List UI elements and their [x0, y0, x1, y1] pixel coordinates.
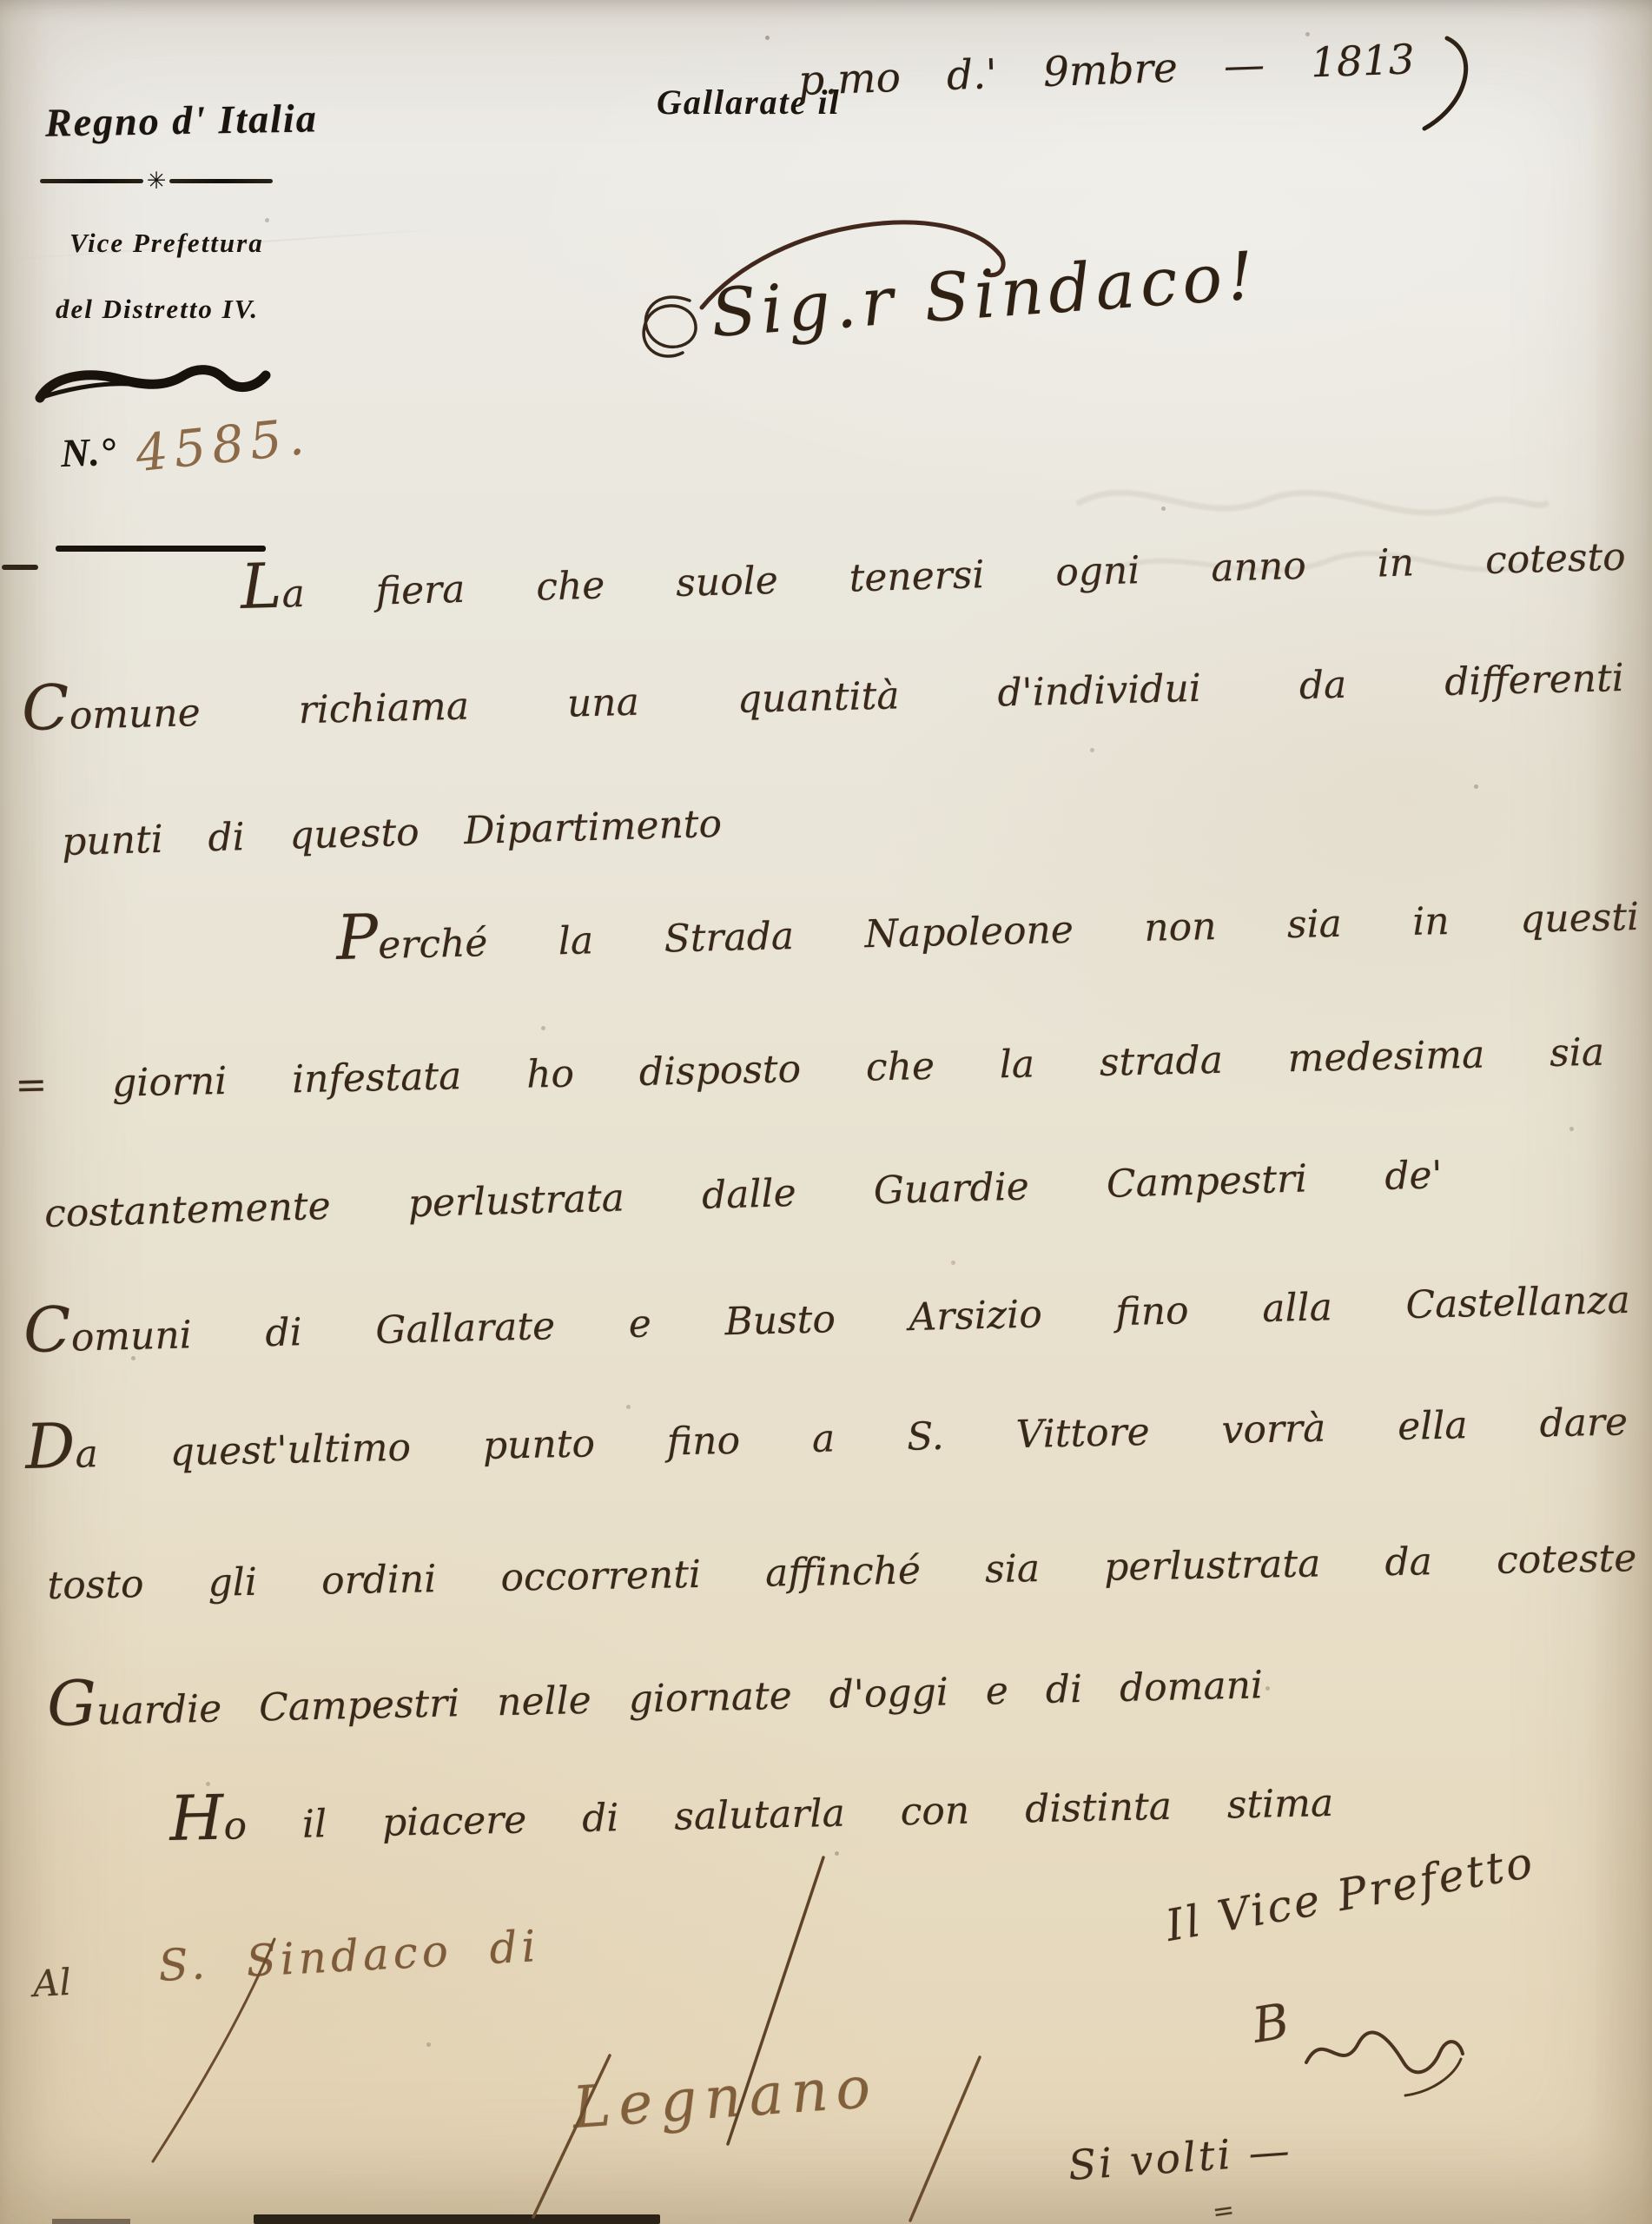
scan-edge-strip-small [52, 2219, 130, 2224]
body-line: tosto gli ordini occorrenti affinché sia… [47, 1534, 1637, 1610]
address-place: Legnano [571, 2054, 881, 2141]
dateline-flourish [1417, 31, 1487, 136]
salutation-spiral-flourish [632, 292, 707, 405]
body-line: La fiera che suole tenersi ogni anno in … [240, 533, 1626, 619]
turn-page-dashes: = [1211, 2194, 1237, 2224]
body-line: punti di questo Dipartimento [61, 800, 722, 866]
turn-page-note: Si volti — [1067, 2127, 1293, 2190]
body-line: Perché la Strada Napoleone non sia in qu… [336, 893, 1640, 970]
body-line: Comune richiama una quantità d'individui… [22, 654, 1625, 741]
signature-title: Il Vice Prefetto [1162, 1837, 1538, 1951]
dateline-handwritten-date: p.mo d.' 9mbre — 1813 [797, 36, 1415, 105]
signature-scrawl-flourish [1301, 2009, 1466, 2104]
body-line: Da quest'ultimo punto fino a S. Vittore … [25, 1398, 1629, 1479]
letterhead-number-label: N.° [60, 428, 116, 476]
paper-specks [0, 0, 3, 3]
letterhead-rule [56, 546, 266, 552]
address-slash-strokes [0, 1824, 1042, 2224]
address-recipient: S. Sindaco di [157, 1921, 541, 1991]
ornament-bar-left [40, 179, 143, 183]
letterhead-ornament-rule: ✳ [40, 179, 273, 183]
body-line: Guardie Campestri nelle giornate d'oggi … [47, 1661, 1264, 1737]
letterhead-state-title: Regno d' Italia [45, 95, 319, 145]
ornament-bar-right [169, 179, 273, 183]
salutation: Sig.r Sindaco! [709, 236, 1261, 352]
signature-scrawl: B [1249, 1993, 1293, 2055]
scan-edge-strip [254, 2214, 660, 2224]
letter-page: Regno d' Italia ✳ Vice Prefettura del Di… [0, 0, 1652, 2224]
letterhead-office-line2: del Distretto IV. [56, 294, 259, 325]
body-line: Comuni di Gallarate e Busto Arsizio fino… [23, 1276, 1631, 1363]
body-line: costantemente perlustrata dalle Guardie … [43, 1151, 1443, 1238]
closing-line: Ho il piacere di salutarla con distinta … [169, 1779, 1334, 1851]
margin-dash [2, 565, 38, 570]
letterhead-squiggle-ornament [35, 365, 271, 410]
protocol-number-handwritten: 4585. [133, 407, 313, 484]
address-prefix: Al [32, 1961, 72, 2005]
body-line: = giorni infestata ho disposto che la st… [15, 1029, 1605, 1109]
letterhead-office-line1: Vice Prefettura [69, 228, 264, 259]
